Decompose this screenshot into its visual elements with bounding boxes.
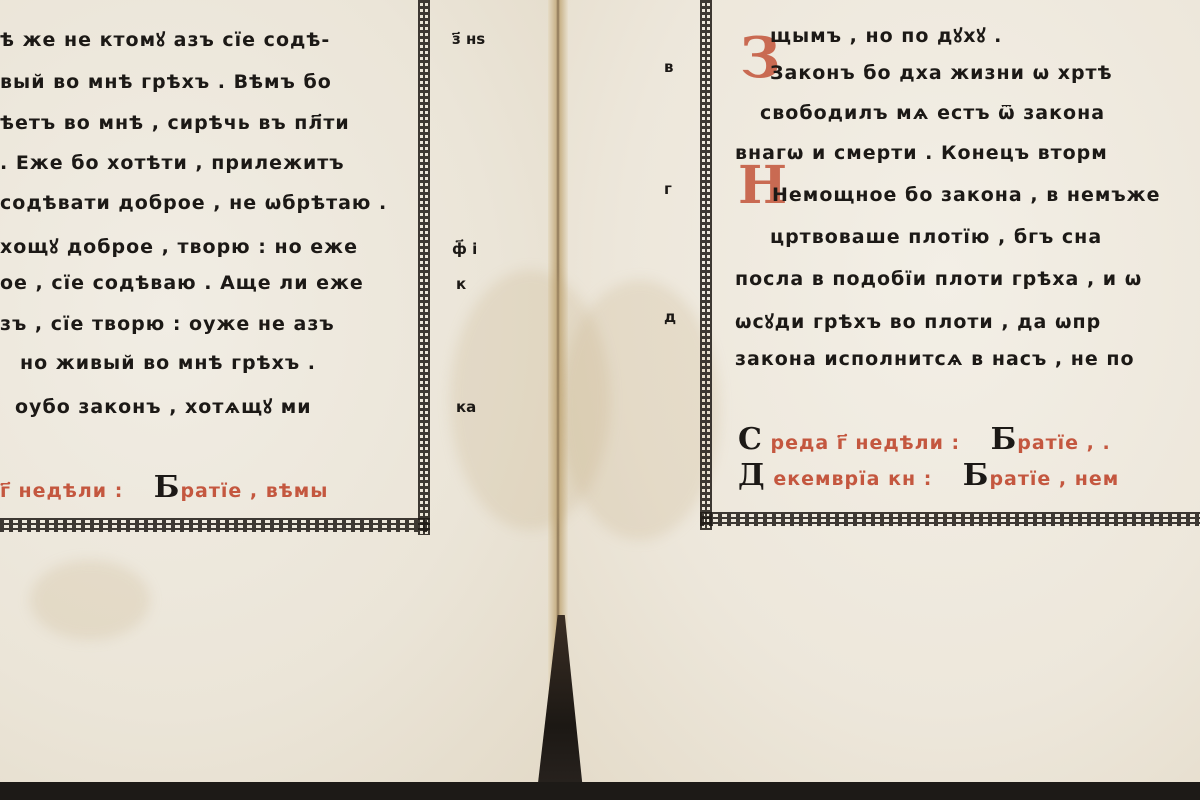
initial-letter: Б	[154, 470, 181, 505]
text-line: ое , сїе содѣваю . Аще ли еже	[0, 272, 364, 294]
left-border-vertical	[418, 0, 430, 535]
text-line: Немощное бо закона , в немъже	[772, 184, 1160, 206]
margin-note: ф҃ і	[452, 240, 477, 258]
initial-letter: С	[738, 422, 763, 457]
book-spread: ѣ же не ктомꙋ азъ сїе содѣ- вый во мнѣ г…	[0, 0, 1200, 790]
rubric-text: ратїе , .	[1017, 432, 1111, 454]
margin-note: ка	[456, 398, 476, 416]
text-line: внагѡ и смерти . Конецъ вторм	[735, 142, 1108, 164]
initial-letter: Б	[963, 458, 990, 493]
rubric-text: екемврїа кн :	[773, 468, 932, 490]
text-line: щымъ , но по дꙋхꙋ .	[770, 22, 1002, 48]
text-line: ѡсꙋди грѣхъ во плоти , да ѡпр	[735, 308, 1101, 334]
text-line: хощꙋ доброе , творю : но еже	[0, 233, 358, 259]
initial-letter: Д	[738, 458, 766, 493]
margin-note: д	[664, 308, 676, 326]
water-stain	[560, 280, 720, 540]
text-line: посла в подобїи плоти грѣха , и ѡ	[735, 268, 1142, 290]
text-line: вый во мнѣ грѣхъ . Вѣмъ бо	[0, 71, 332, 93]
right-border-vertical	[700, 0, 712, 530]
text-line: ѣ же не ктомꙋ азъ сїе содѣ-	[0, 26, 330, 52]
rubric-prefix: г҃ недѣли :	[0, 480, 123, 502]
right-border-horizontal	[700, 512, 1200, 526]
text-line: Законъ бо дха жизни ѡ хртѣ	[770, 62, 1113, 84]
text-line: содѣвати доброе , не ѡбрѣтаю .	[0, 192, 387, 214]
water-stain	[30, 560, 150, 640]
rubric-text: реда г҃ недѣли :	[771, 432, 961, 454]
rubric-line: Д екемврїа кн : Братїе , нем	[738, 458, 1119, 493]
text-line: свободилъ мѧ естъ ѿ закона	[760, 102, 1105, 124]
initial-letter: Б	[991, 422, 1018, 457]
text-line: ѣетъ во мнѣ , сирѣчь въ пл҃ти	[0, 112, 350, 134]
margin-note: з҃ нѕ	[452, 30, 485, 48]
margin-note: к	[456, 275, 466, 293]
margin-note: в	[664, 58, 674, 76]
rubric-line: С реда г҃ недѣли : Братїе , .	[738, 422, 1111, 457]
table-surface	[0, 782, 1200, 800]
text-line: но живый во мнѣ грѣхъ .	[20, 352, 316, 374]
text-line: цртвоваше плотїю , бгъ сна	[770, 226, 1102, 248]
rubric-text: ратїе , нем	[989, 468, 1119, 490]
rubric-line: г҃ недѣли : Братїе , вѣмы	[0, 470, 328, 505]
margin-note: г	[664, 180, 672, 198]
text-line: оубо законъ , хотѧщꙋ ми	[15, 393, 312, 419]
text-line: закона исполнитсѧ в насъ , не по	[735, 348, 1135, 370]
text-line: зъ , сїе творю : оуже не азъ	[0, 313, 335, 335]
rubric-text: ратїе , вѣмы	[180, 480, 328, 502]
text-line: . Еже бо хотѣти , прилежитъ	[0, 152, 345, 174]
left-border-horizontal	[0, 518, 430, 532]
